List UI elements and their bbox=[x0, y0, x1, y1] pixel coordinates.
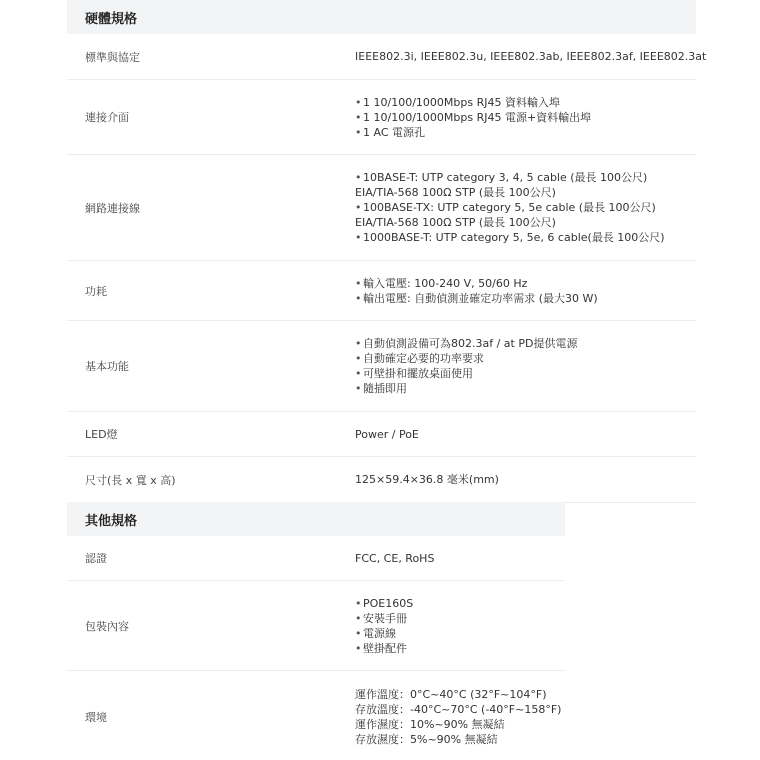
spec-value-line: FCC, CE, RoHS bbox=[355, 551, 434, 566]
spec-value-line: 運作濕度：10%~90% 無凝結 bbox=[355, 717, 561, 732]
spec-label: 功耗 bbox=[85, 261, 107, 320]
spec-value-line: 壁掛配件 bbox=[355, 641, 413, 656]
spec-label: 認證 bbox=[85, 536, 107, 580]
spec-value: FCC, CE, RoHS bbox=[355, 536, 434, 580]
spec-value-line: EIA/TIA-568 100Ω STP (最長 100公尺) bbox=[355, 215, 665, 230]
section-title: 硬體規格 bbox=[67, 0, 696, 34]
hardware-specs-section: 硬體規格 標準與協定 IEEE802.3i, IEEE802.3u, IEEE8… bbox=[67, 0, 696, 503]
spec-label: 標準與協定 bbox=[85, 34, 140, 79]
spec-row-environment: 環境 運作溫度：0°C~40°C (32°F~104°F) 存放溫度：-40°C… bbox=[67, 671, 565, 760]
spec-value-line: 100BASE-TX: UTP category 5, 5e cable (最長… bbox=[355, 200, 665, 215]
spec-value: POE160S 安裝手冊 電源線 壁掛配件 bbox=[355, 581, 413, 670]
spec-value: 125×59.4×36.8 毫米(mm) bbox=[355, 457, 499, 502]
spec-value-line: 存放濕度：5%~90% 無凝結 bbox=[355, 732, 561, 747]
section-title: 其他規格 bbox=[67, 502, 565, 536]
spec-value-line: 1 10/100/1000Mbps RJ45 電源+資料輸出埠 bbox=[355, 110, 591, 125]
spec-value-line: 隨插即用 bbox=[355, 381, 577, 396]
spec-value-line: 125×59.4×36.8 毫米(mm) bbox=[355, 472, 499, 487]
spec-row-standards: 標準與協定 IEEE802.3i, IEEE802.3u, IEEE802.3a… bbox=[67, 34, 696, 80]
spec-row-cabling: 網路連接線 10BASE-T: UTP category 3, 4, 5 cab… bbox=[67, 155, 696, 261]
spec-value-line: 自動確定必要的功率要求 bbox=[355, 351, 577, 366]
other-specs-section: 其他規格 認證 FCC, CE, RoHS 包裝內容 POE160S 安裝手冊 … bbox=[67, 502, 565, 760]
spec-value: Power / PoE bbox=[355, 412, 419, 456]
spec-row-interface: 連接介面 1 10/100/1000Mbps RJ45 資料輸入埠 1 10/1… bbox=[67, 80, 696, 155]
spec-value-line: 電源線 bbox=[355, 626, 413, 641]
spec-value-line: 1 10/100/1000Mbps RJ45 資料輸入埠 bbox=[355, 95, 591, 110]
spec-value-line: Power / PoE bbox=[355, 427, 419, 442]
spec-value-line: 運作溫度：0°C~40°C (32°F~104°F) bbox=[355, 687, 561, 702]
spec-value-line: 10BASE-T: UTP category 3, 4, 5 cable (最長… bbox=[355, 170, 665, 185]
spec-row-led: LED燈 Power / PoE bbox=[67, 412, 696, 457]
spec-value-line: 安裝手冊 bbox=[355, 611, 413, 626]
spec-value-line: POE160S bbox=[355, 596, 413, 611]
spec-value: 10BASE-T: UTP category 3, 4, 5 cable (最長… bbox=[355, 155, 665, 260]
spec-row-power-consumption: 功耗 輸入電壓: 100-240 V, 50/60 Hz 輸出電壓: 自動偵測並… bbox=[67, 261, 696, 321]
spec-label: 包裝內容 bbox=[85, 581, 129, 670]
spec-value: 1 10/100/1000Mbps RJ45 資料輸入埠 1 10/100/10… bbox=[355, 80, 591, 154]
spec-label: 網路連接線 bbox=[85, 155, 140, 260]
spec-label: LED燈 bbox=[85, 412, 118, 456]
spec-value-line: EIA/TIA-568 100Ω STP (最長 100公尺) bbox=[355, 185, 665, 200]
spec-value-line: 輸入電壓: 100-240 V, 50/60 Hz bbox=[355, 276, 598, 291]
spec-value: IEEE802.3i, IEEE802.3u, IEEE802.3ab, IEE… bbox=[355, 34, 706, 79]
spec-label: 連接介面 bbox=[85, 80, 129, 154]
spec-value-line: IEEE802.3i, IEEE802.3u, IEEE802.3ab, IEE… bbox=[355, 49, 706, 64]
spec-value-line: 輸出電壓: 自動偵測並確定功率需求 (最大30 W) bbox=[355, 291, 598, 306]
spec-value-line: 可壁掛和擺放桌面使用 bbox=[355, 366, 577, 381]
spec-row-dimensions: 尺寸(長 x 寬 x 高) 125×59.4×36.8 毫米(mm) bbox=[67, 457, 696, 503]
spec-value-line: 1000BASE-T: UTP category 5, 5e, 6 cable(… bbox=[355, 230, 665, 245]
spec-value: 輸入電壓: 100-240 V, 50/60 Hz 輸出電壓: 自動偵測並確定功… bbox=[355, 261, 598, 320]
spec-value-line: 自動偵測設備可為802.3af / at PD提供電源 bbox=[355, 336, 577, 351]
spec-label: 基本功能 bbox=[85, 321, 129, 411]
spec-value-line: 存放溫度：-40°C~70°C (-40°F~158°F) bbox=[355, 702, 561, 717]
spec-value-line: 1 AC 電源孔 bbox=[355, 125, 591, 140]
spec-label: 尺寸(長 x 寬 x 高) bbox=[85, 457, 176, 502]
spec-row-basic-features: 基本功能 自動偵測設備可為802.3af / at PD提供電源 自動確定必要的… bbox=[67, 321, 696, 412]
spec-label: 環境 bbox=[85, 671, 107, 760]
spec-row-certification: 認證 FCC, CE, RoHS bbox=[67, 536, 565, 581]
spec-value: 自動偵測設備可為802.3af / at PD提供電源 自動確定必要的功率要求 … bbox=[355, 321, 577, 411]
spec-value: 運作溫度：0°C~40°C (32°F~104°F) 存放溫度：-40°C~70… bbox=[355, 671, 561, 760]
spec-row-package-contents: 包裝內容 POE160S 安裝手冊 電源線 壁掛配件 bbox=[67, 581, 565, 671]
